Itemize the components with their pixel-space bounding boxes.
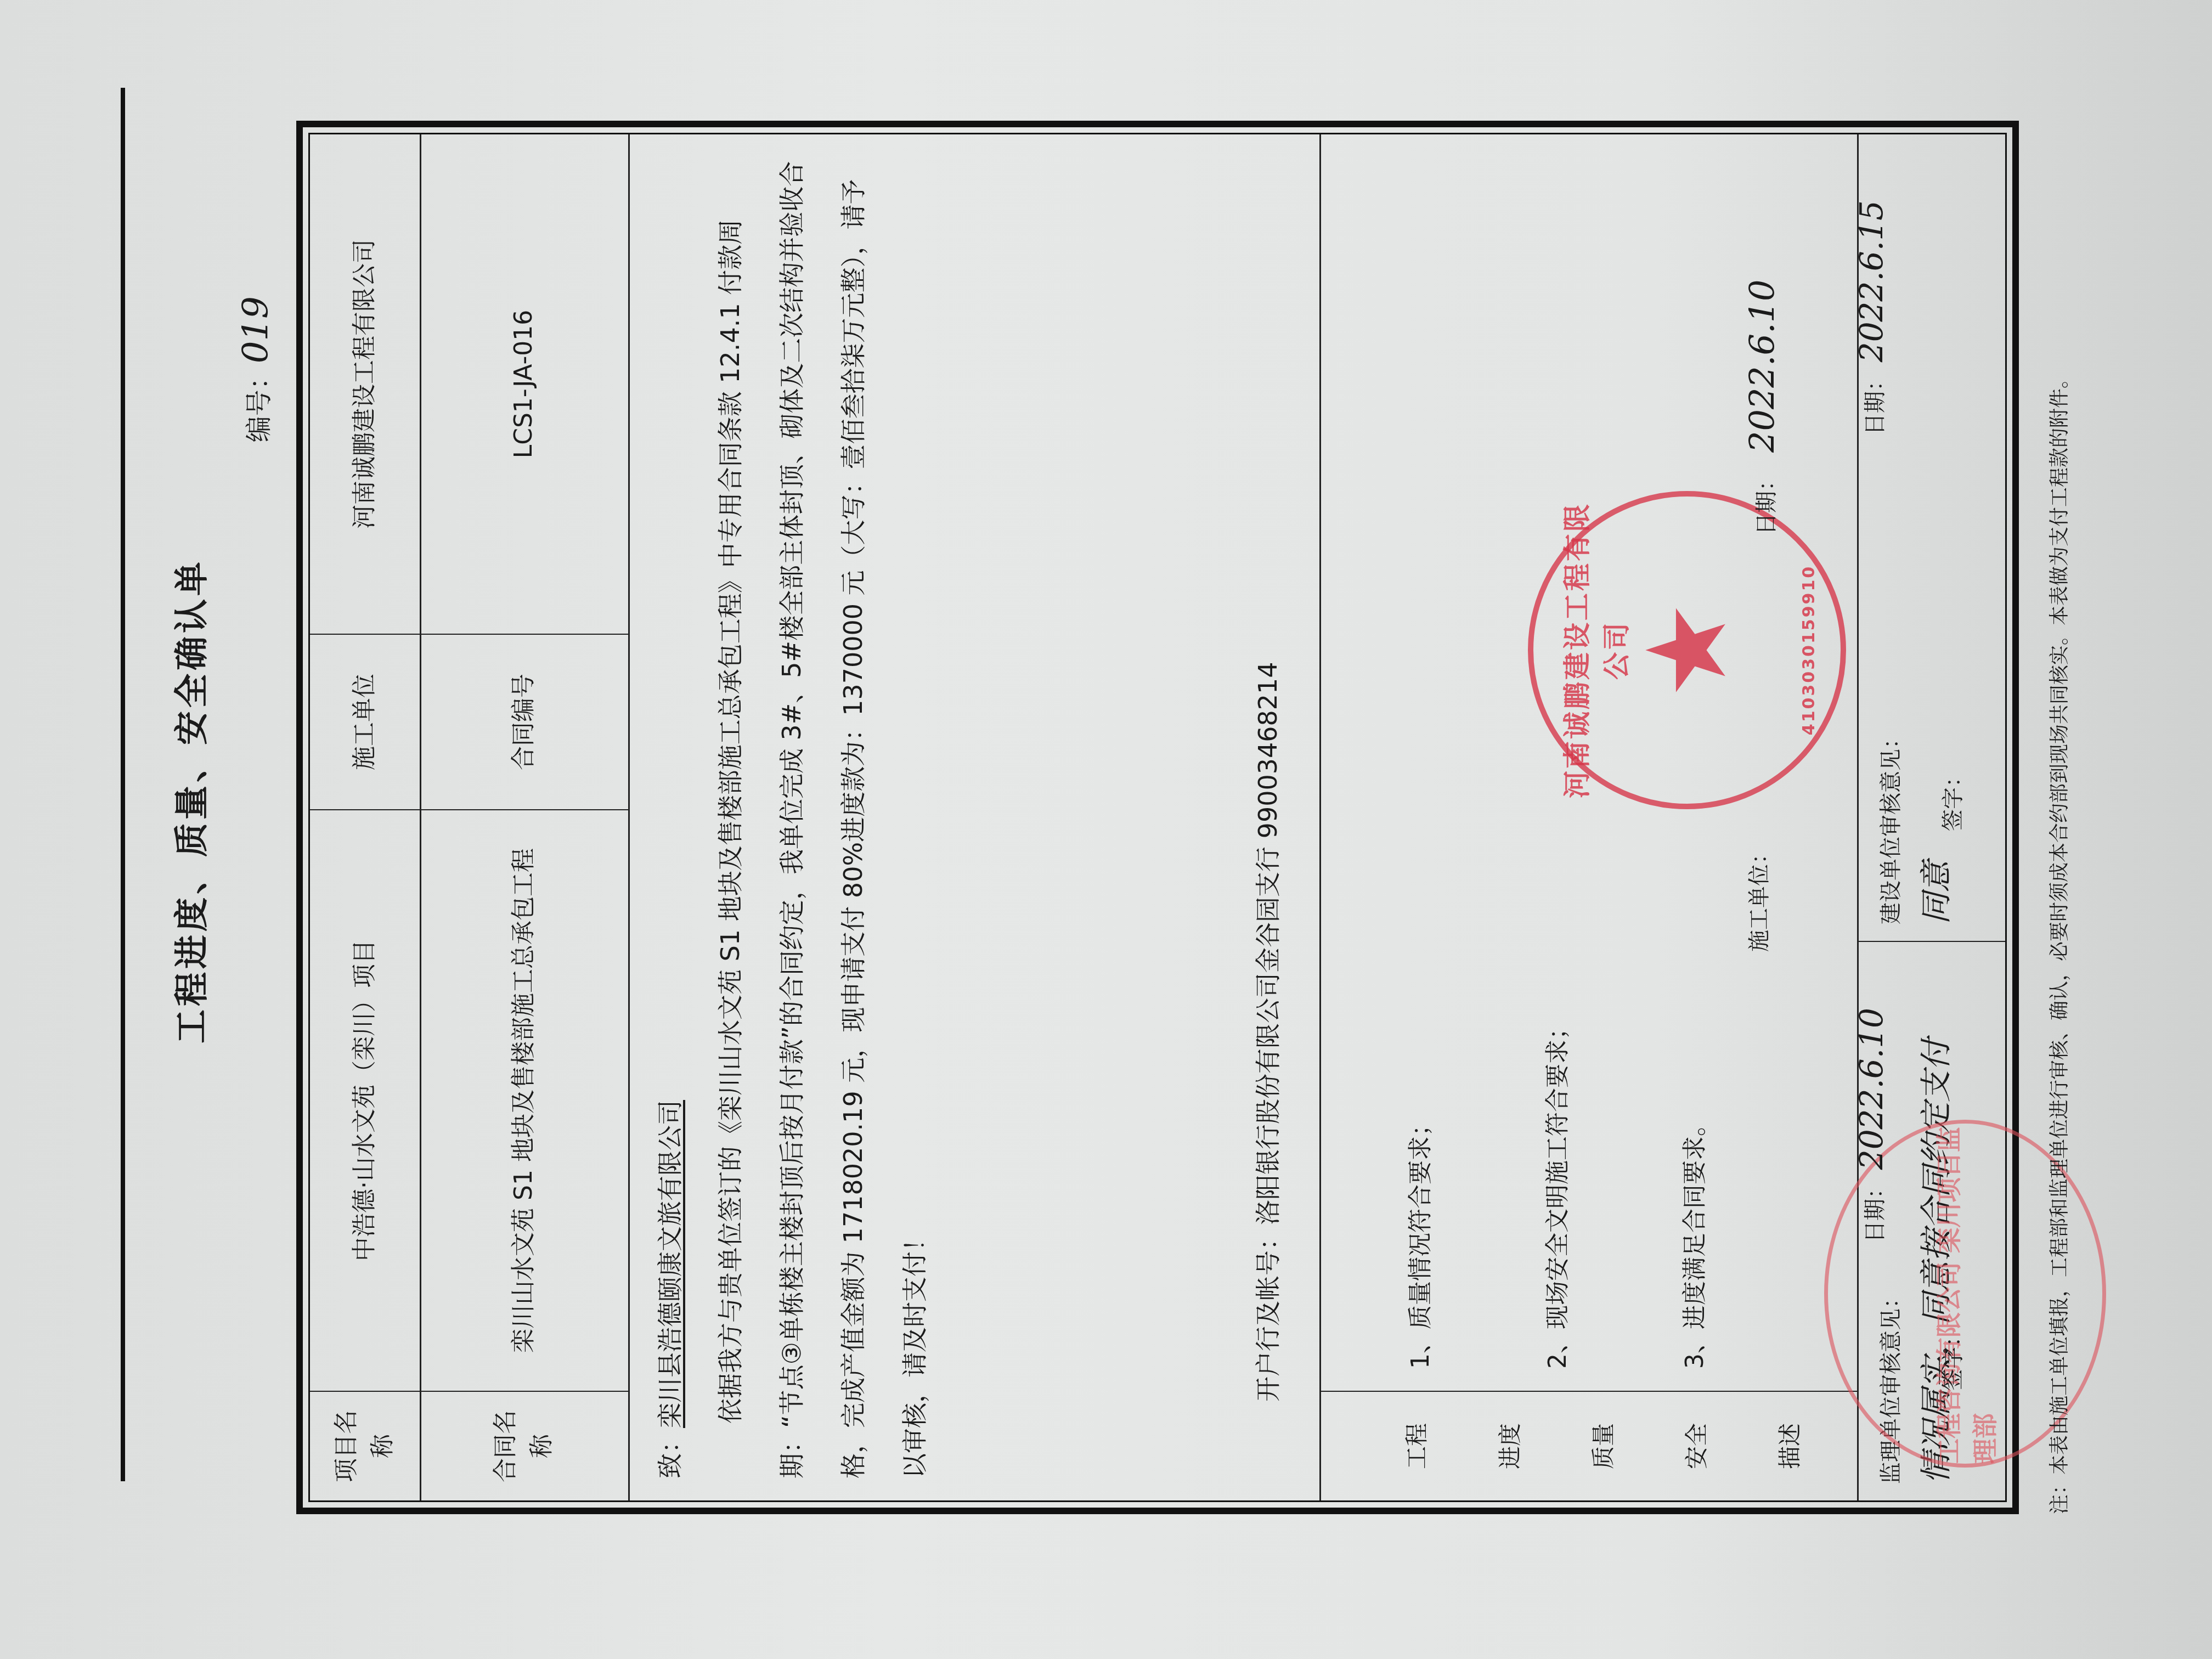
- addressee-line: 致：栾川县浩德颐康文旅有限公司: [650, 1100, 686, 1479]
- contractor-date: 日期：2022.6.10: [1742, 279, 1782, 535]
- owner-date-value: 2022.6.15: [1853, 200, 1890, 362]
- bank-value: 洛阳银行股份有限公司金谷园支行 9900346821​4: [1253, 662, 1283, 1225]
- desc-label-2: 进度: [1492, 1423, 1525, 1469]
- supervisor-sign: 签字：: [1936, 1325, 1967, 1391]
- desc-label-5: 描述: [1772, 1423, 1805, 1469]
- supervisor-approval: 工程咨询有限公司 栾川项目监理部 监理单位审核意见： 情况属实，同意按合同约定支…: [1857, 941, 2005, 1500]
- owner-date-label: 日期：: [1863, 369, 1888, 435]
- owner-date: 日期： 2022.6.15: [1853, 200, 1890, 435]
- supervisor-sign-label: 签字：: [1940, 1325, 1966, 1391]
- contractor-date-value: 2022.6.10: [1742, 279, 1782, 453]
- bank-label: 开户行及帐号：: [1253, 1225, 1283, 1402]
- supervisor-date: 日期： 2022.6.10: [1853, 1008, 1890, 1243]
- header-row-2: 合同名称 栾川山水文苑 S1 地块及售楼部施工总承包工程 合同编号 LCS1-J…: [420, 134, 630, 1500]
- contract-name-label: 合同名称: [420, 1391, 628, 1500]
- desc-label-3: 质量: [1585, 1423, 1618, 1469]
- owner-sign-label: 签字：: [1940, 765, 1966, 831]
- desc-label-1: 工程: [1399, 1423, 1432, 1469]
- contractor-seal-code: 4103030159910: [1799, 496, 1819, 804]
- contractor-label: 施工单位: [310, 634, 420, 809]
- contract-no-label: 合同编号: [420, 634, 628, 809]
- serial-label: 编号：: [244, 363, 274, 442]
- document-page: 工程进度、质量、安全确认单 编号：019 项目名称 中浩德·山水文苑（栾川）项目…: [121, 88, 2096, 1514]
- desc-item-1: 1、质量情况符合要求；: [1352, 1015, 1489, 1369]
- contract-name-value: 栾川山水文苑 S1 地块及售楼部施工总承包工程: [420, 809, 628, 1391]
- addressee-prefix: 致：: [655, 1428, 685, 1479]
- contractor-seal: 河南诚鹏建设工程有限公司 ★ 4103030159910: [1528, 491, 1846, 809]
- document-title: 工程进度、质量、安全确认单: [165, 88, 213, 1514]
- serial-number: 编号：019: [236, 296, 276, 442]
- bank-account: 开户行及帐号：洛阳银行股份有限公司金谷园支行 9900346821​4: [1248, 662, 1284, 1402]
- desc-item-3: 3、进度满足合同要求。: [1627, 1015, 1764, 1369]
- approvals-section: 工程咨询有限公司 栾川项目监理部 监理单位审核意见： 情况属实，同意按合同约定支…: [1857, 134, 2005, 1500]
- supervisor-opinion-label: 监理单位审核意见：: [1878, 1286, 1904, 1484]
- supervisor-opinion: 情况属实，同意按合同约定支付: [1910, 958, 1956, 1484]
- addressee: 栾川县浩德颐康文旅有限公司: [655, 1100, 685, 1428]
- star-icon: ★: [1623, 601, 1751, 699]
- desc-item-2: 2、现场安全文明施工符合要求；: [1489, 1015, 1627, 1369]
- project-name-label: 项目名称: [310, 1391, 420, 1500]
- application-body: 致：栾川县浩德颐康文旅有限公司 依据我方与贵单位签订的《栾川山水文苑 S1 地块…: [634, 134, 1321, 1500]
- form-inner: 项目名称 中浩德·山水文苑（栾川）项目 施工单位 河南诚鹏建设工程有限公司 合同…: [308, 133, 2007, 1502]
- contractor-sign-label: 施工单位：: [1742, 842, 1773, 952]
- header-row-1: 项目名称 中浩德·山水文苑（栾川）项目 施工单位 河南诚鹏建设工程有限公司: [310, 134, 421, 1500]
- contractor-seal-text: 河南诚鹏建设工程有限公司: [1555, 496, 1634, 804]
- serial-value: 019: [236, 296, 276, 363]
- top-rule: [121, 88, 125, 1481]
- project-name-value: 中浩德·山水文苑（栾川）项目: [310, 809, 420, 1391]
- owner-approval: 建设单位审核意见： 同意 日期： 2022.6.15 签字：: [1857, 134, 2005, 941]
- contractor-value: 河南诚鹏建设工程有限公司: [310, 134, 420, 634]
- contract-no-value: LCS1-JA-016: [420, 134, 628, 634]
- description-section: 工程 进度 质量 安全 描述 1、质量情况符合要求； 2、现场安全文明施工符合要…: [1319, 134, 1859, 1500]
- footnote: 注：本表由施工单位填报，工程部和监理单位进行审核、确认，必要时须成本合约部到现场…: [2041, 110, 2079, 1514]
- supervisor-date-value: 2022.6.10: [1853, 1008, 1890, 1170]
- form-frame: 项目名称 中浩德·山水文苑（栾川）项目 施工单位 河南诚鹏建设工程有限公司 合同…: [296, 121, 2019, 1514]
- description-labels: 工程 进度 质量 安全 描述: [1319, 1391, 1857, 1500]
- body-paragraph: 依据我方与贵单位签订的《栾川山水文苑 S1 地块及售楼部施工总承包工程》中专用合…: [699, 156, 945, 1479]
- owner-sign: 签字：: [1936, 765, 1967, 831]
- desc-label-4: 安全: [1679, 1423, 1712, 1469]
- supervisor-date-label: 日期：: [1863, 1177, 1888, 1243]
- description-items: 1、质量情况符合要求； 2、现场安全文明施工符合要求； 3、进度满足合同要求。: [1352, 1015, 1764, 1369]
- contractor-date-label: 日期：: [1754, 469, 1779, 535]
- owner-opinion-label: 建设单位审核意见：: [1878, 727, 1904, 924]
